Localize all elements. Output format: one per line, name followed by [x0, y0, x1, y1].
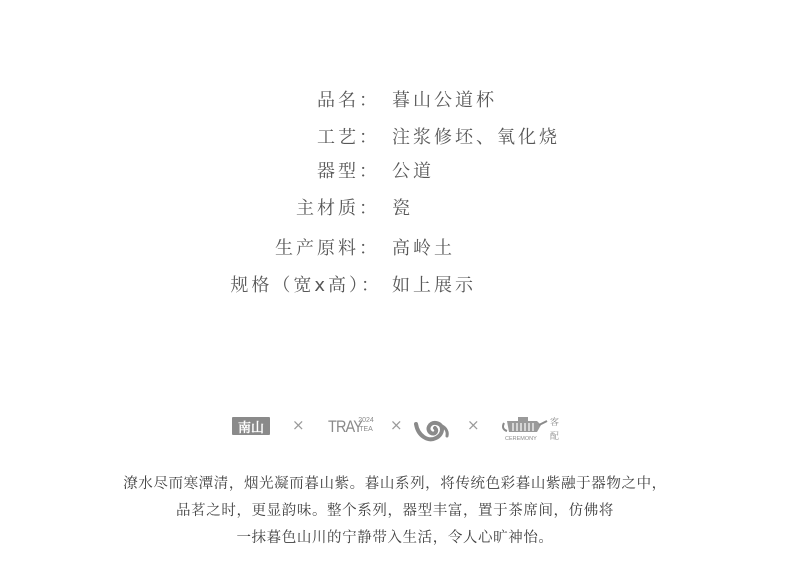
- spec-row-shape: 器型： 公道: [0, 157, 790, 183]
- spec-value: 高岭土: [392, 234, 455, 260]
- description-line: 品茗之时，更显韵味。整个系列，器型丰富，置于茶席间，仿佛将: [0, 499, 790, 520]
- spec-label: 工艺：: [317, 123, 380, 149]
- spec-value: 注浆修坯、氧化烧: [392, 123, 560, 149]
- spec-label: 规格（宽x高）：: [230, 271, 382, 297]
- swirl-logo-icon: [414, 415, 450, 447]
- svg-text:客: 客: [550, 416, 559, 428]
- spec-row-craft: 工艺： 注浆修坯、氧化烧: [0, 123, 790, 149]
- ceremony-teapot-logo: CEREMONY 客 配: [501, 412, 563, 444]
- cross-separator: ×: [292, 416, 305, 434]
- spec-row-raw-material: 生产原料： 高岭土: [0, 234, 790, 260]
- spec-label: 器型：: [317, 157, 380, 183]
- spec-value: 瓷: [392, 194, 413, 220]
- description-line: 一抹暮色山川的宁静带入生活，令人心旷神怡。: [0, 526, 790, 547]
- spec-label: 生产原料：: [275, 234, 380, 260]
- cross-separator: ×: [390, 416, 403, 434]
- spec-label: 主材质：: [296, 194, 380, 220]
- spec-value: 如上展示: [392, 271, 476, 297]
- cross-separator: ×: [467, 416, 480, 434]
- description-line: 潦水尽而寒潭清，烟光凝而暮山紫。暮山系列，将传统色彩暮山紫融于器物之中，: [0, 472, 790, 493]
- spec-label: 品名：: [317, 86, 380, 112]
- brand-logos: 南山 × TRAY 2024TEA × × CEREMONY 客 配: [0, 410, 790, 442]
- svg-text:CEREMONY: CEREMONY: [505, 436, 537, 442]
- svg-text:配: 配: [550, 431, 559, 442]
- spec-row-material: 主材质： 瓷: [0, 194, 790, 220]
- spec-row-name: 品名： 暮山公道杯: [0, 86, 790, 112]
- spec-value: 暮山公道杯: [392, 86, 497, 112]
- tray-tea-logo: TRAY 2024TEA: [328, 416, 368, 438]
- tray-logo-sub: 2024TEA: [358, 416, 374, 434]
- nanshan-logo: 南山: [232, 417, 270, 435]
- spec-value: 公道: [392, 157, 434, 183]
- spec-row-size: 规格（宽x高）： 如上展示: [0, 271, 790, 297]
- tray-logo-text: TRAY: [328, 417, 362, 437]
